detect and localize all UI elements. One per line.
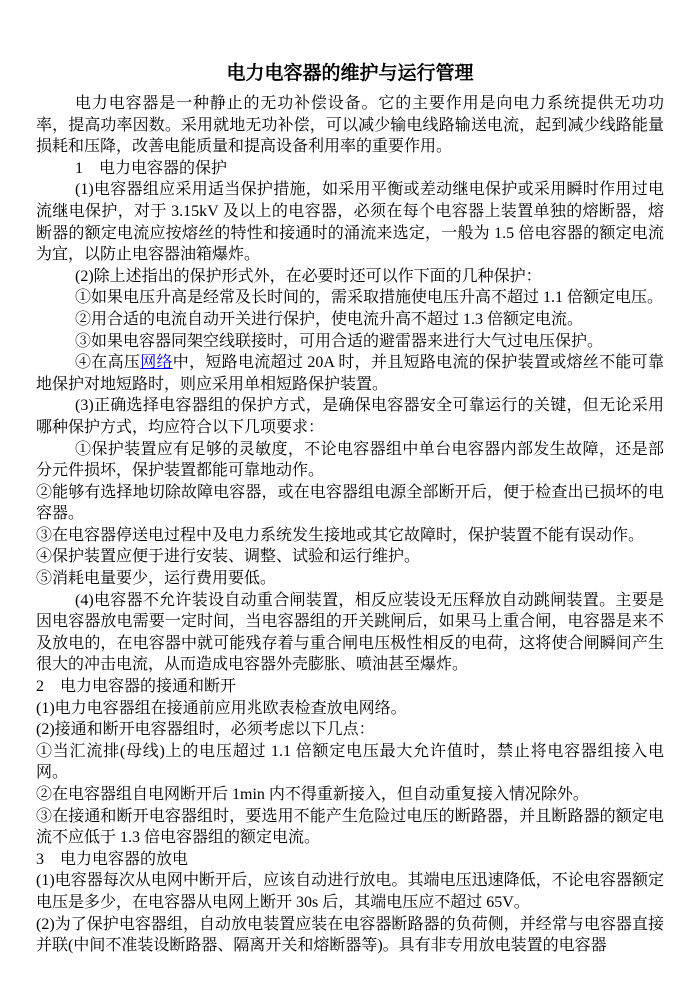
- section-heading-2: 2 电力电容器的接通和断开: [36, 676, 664, 698]
- paragraph-switching-1: (1)电力电容器组在接通前应用兆欧表检查放电网络。: [36, 698, 664, 720]
- document-title: 电力电容器的维护与运行管理: [36, 60, 664, 87]
- requirement-easy-maintenance: ④保护装置应便于进行安装、调整、试验和运行维护。: [36, 546, 664, 568]
- intro-paragraph: 电力电容器是一种静止的无功补偿设备。它的主要作用是向电力系统提供无功功率，提高功…: [36, 93, 664, 158]
- paragraph-protection-4: (4)电容器不允许装设自动重合闸装置，相反应装设无压释放自动跳闸装置。主要是因电…: [36, 590, 664, 676]
- paragraph-switching-2: (2)接通和断开电容器组时，必须考虑以下几点：: [36, 719, 664, 741]
- list-item-current-switch: ②用合适的电流自动开关进行保护，使电流升高不超过 1.3 倍额定电流。: [36, 309, 664, 331]
- paragraph-text-before-link: ④在高压: [75, 354, 140, 371]
- section-heading-1: 1 电力电容器的保护: [36, 158, 664, 180]
- requirement-low-cost: ⑤消耗电量要少，运行费用要低。: [36, 568, 664, 590]
- network-hyperlink[interactable]: 网络: [140, 354, 173, 371]
- requirement-sensitivity: ①保护装置应有足够的灵敏度，不论电容器组中单台电容器内部发生故障，还是部分元件损…: [36, 439, 664, 482]
- switching-item-breaker-rating: ③在接通和断开电容器组时，要选用不能产生危险过电压的断路器，并且断路器的额定电流…: [36, 806, 664, 849]
- paragraph-discharge-1: (1)电容器每次从电网中断开后，应该自动进行放电。其端电压迅速降低，不论电容器额…: [36, 870, 664, 913]
- requirement-selective-removal: ②能够有选择地切除故障电容器，或在电容器组电源全部断开后，便于检查出已损坏的电容…: [36, 482, 664, 525]
- list-item-short-circuit: ④在高压网络中，短路电流超过 20A 时，并且短路电流的保护装置或熔丝不能可靠地…: [36, 352, 664, 395]
- switching-item-busbar-voltage: ①当汇流排(母线)上的电压超过 1.1 倍额定电压最大允许值时，禁止将电容器组接…: [36, 741, 664, 784]
- document-page: 电力电容器的维护与运行管理 电力电容器是一种静止的无功补偿设备。它的主要作用是向…: [0, 0, 700, 990]
- paragraph-protection-1: (1)电容器组应采用适当保护措施，如采用平衡或差动继电保护或采用瞬时作用过电流继…: [36, 179, 664, 265]
- section-heading-3: 3 电力电容器的放电: [36, 849, 664, 871]
- paragraph-protection-3: (3)正确选择电容器组的保护方式，是确保电容器安全可靠运行的关键，但无论采用哪种…: [36, 395, 664, 438]
- requirement-no-misoperation: ③在电容器停送电过程中及电力系统发生接地或其它故障时，保护装置不能有误动作。: [36, 525, 664, 547]
- list-item-voltage-rise: ①如果电压升高是经常及长时间的，需采取措施使电压升高不超过 1.1 倍额定电压。: [36, 287, 664, 309]
- list-item-arrester: ③如果电容器同架空线联接时，可用合适的避雷器来进行大气过电压保护。: [36, 331, 664, 353]
- paragraph-discharge-2: (2)为了保护电容器组，自动放电装置应装在电容器断路器的负荷侧，并经常与电容器直…: [36, 914, 664, 957]
- paragraph-protection-2: (2)除上述指出的保护形式外，在必要时还可以作下面的几种保护：: [36, 266, 664, 288]
- switching-item-reconnect-delay: ②在电容器组自电网断开后 1min 内不得重新接入，但自动重复接入情况除外。: [36, 784, 664, 806]
